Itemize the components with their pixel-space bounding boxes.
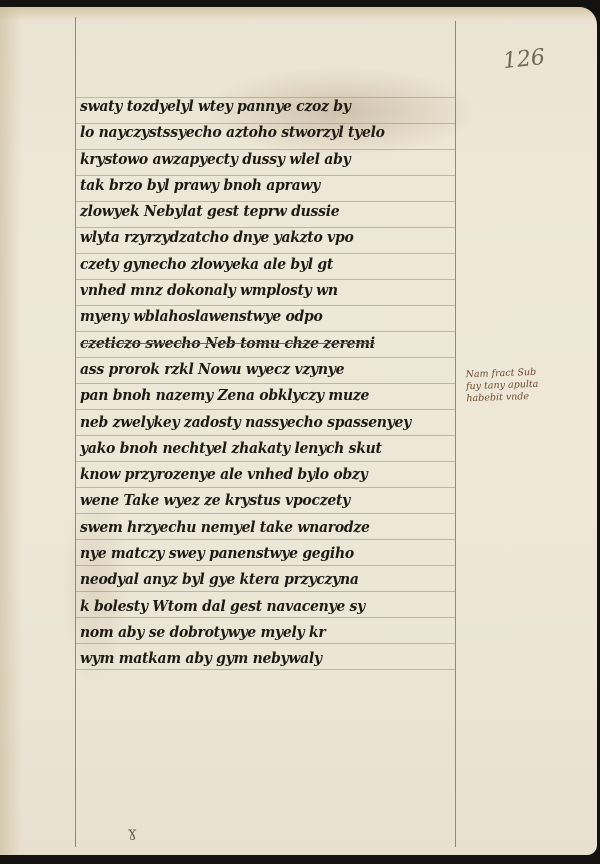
manuscript-folio: 126 swaty tozdyelyl wtey pannye czoz by … xyxy=(0,7,597,855)
text-line: czety gynecho zlowyeka ale byl gt xyxy=(80,251,430,277)
marginal-note: Nam fract Sub fuy tany apulta habebit vn… xyxy=(465,365,596,406)
text-line: wym matkam aby gym nebywaly xyxy=(80,645,430,671)
text-line: ass prorok rzkl Nowu wyecz vzynye xyxy=(80,356,430,382)
text-line: krystowo awzapyecty dussy wlel aby xyxy=(80,146,430,172)
text-line-struck: czeticzo swecho Neb tomu chze zeremi xyxy=(80,330,430,356)
text-line: nye matczy swey panenstwye gegiho xyxy=(80,540,430,566)
text-line: k bolesty Wtom dal gest navacenye sy xyxy=(80,593,430,619)
text-line: swem hrzyechu nemyel take wnarodze xyxy=(80,514,430,540)
text-line: yako bnoh nechtyel zhakaty lenych skut xyxy=(80,435,430,461)
text-line: neb zwelykey zadosty nassyecho spassenye… xyxy=(80,409,430,435)
text-line: myeny wblahoslawenstwye odpo xyxy=(80,303,430,329)
text-line: wene Take wyez ze krystus vpoczety xyxy=(80,487,430,513)
lower-margin-mark: ɣ xyxy=(128,825,136,841)
text-line: zlowyek Nebylat gest teprw dussie xyxy=(80,198,430,224)
text-line: wlyta rzyrzydzatcho dnye yakzto vpo xyxy=(80,224,430,250)
text-line: lo nayczystssyecho aztoho stworzyl tyelo xyxy=(80,119,430,145)
text-line: swaty tozdyelyl wtey pannye czoz by xyxy=(80,93,430,119)
text-line: know przyrozenye ale vnhed bylo obzy xyxy=(80,461,430,487)
text-line: neodyal anyz byl gye ktera przyczyna xyxy=(80,566,430,592)
folio-number: 126 xyxy=(502,45,546,74)
text-line: nom aby se dobrotywye myely kr xyxy=(80,619,430,645)
text-line: vnhed mnz dokonaly wmplosty wn xyxy=(80,277,430,303)
text-line: tak brzo byl prawy bnoh aprawy xyxy=(80,172,430,198)
left-ruling-line xyxy=(75,17,76,847)
text-line: pan bnoh nazemy Zena obklyczy muze xyxy=(80,382,430,408)
main-text-block: swaty tozdyelyl wtey pannye czoz by lo n… xyxy=(80,93,460,672)
